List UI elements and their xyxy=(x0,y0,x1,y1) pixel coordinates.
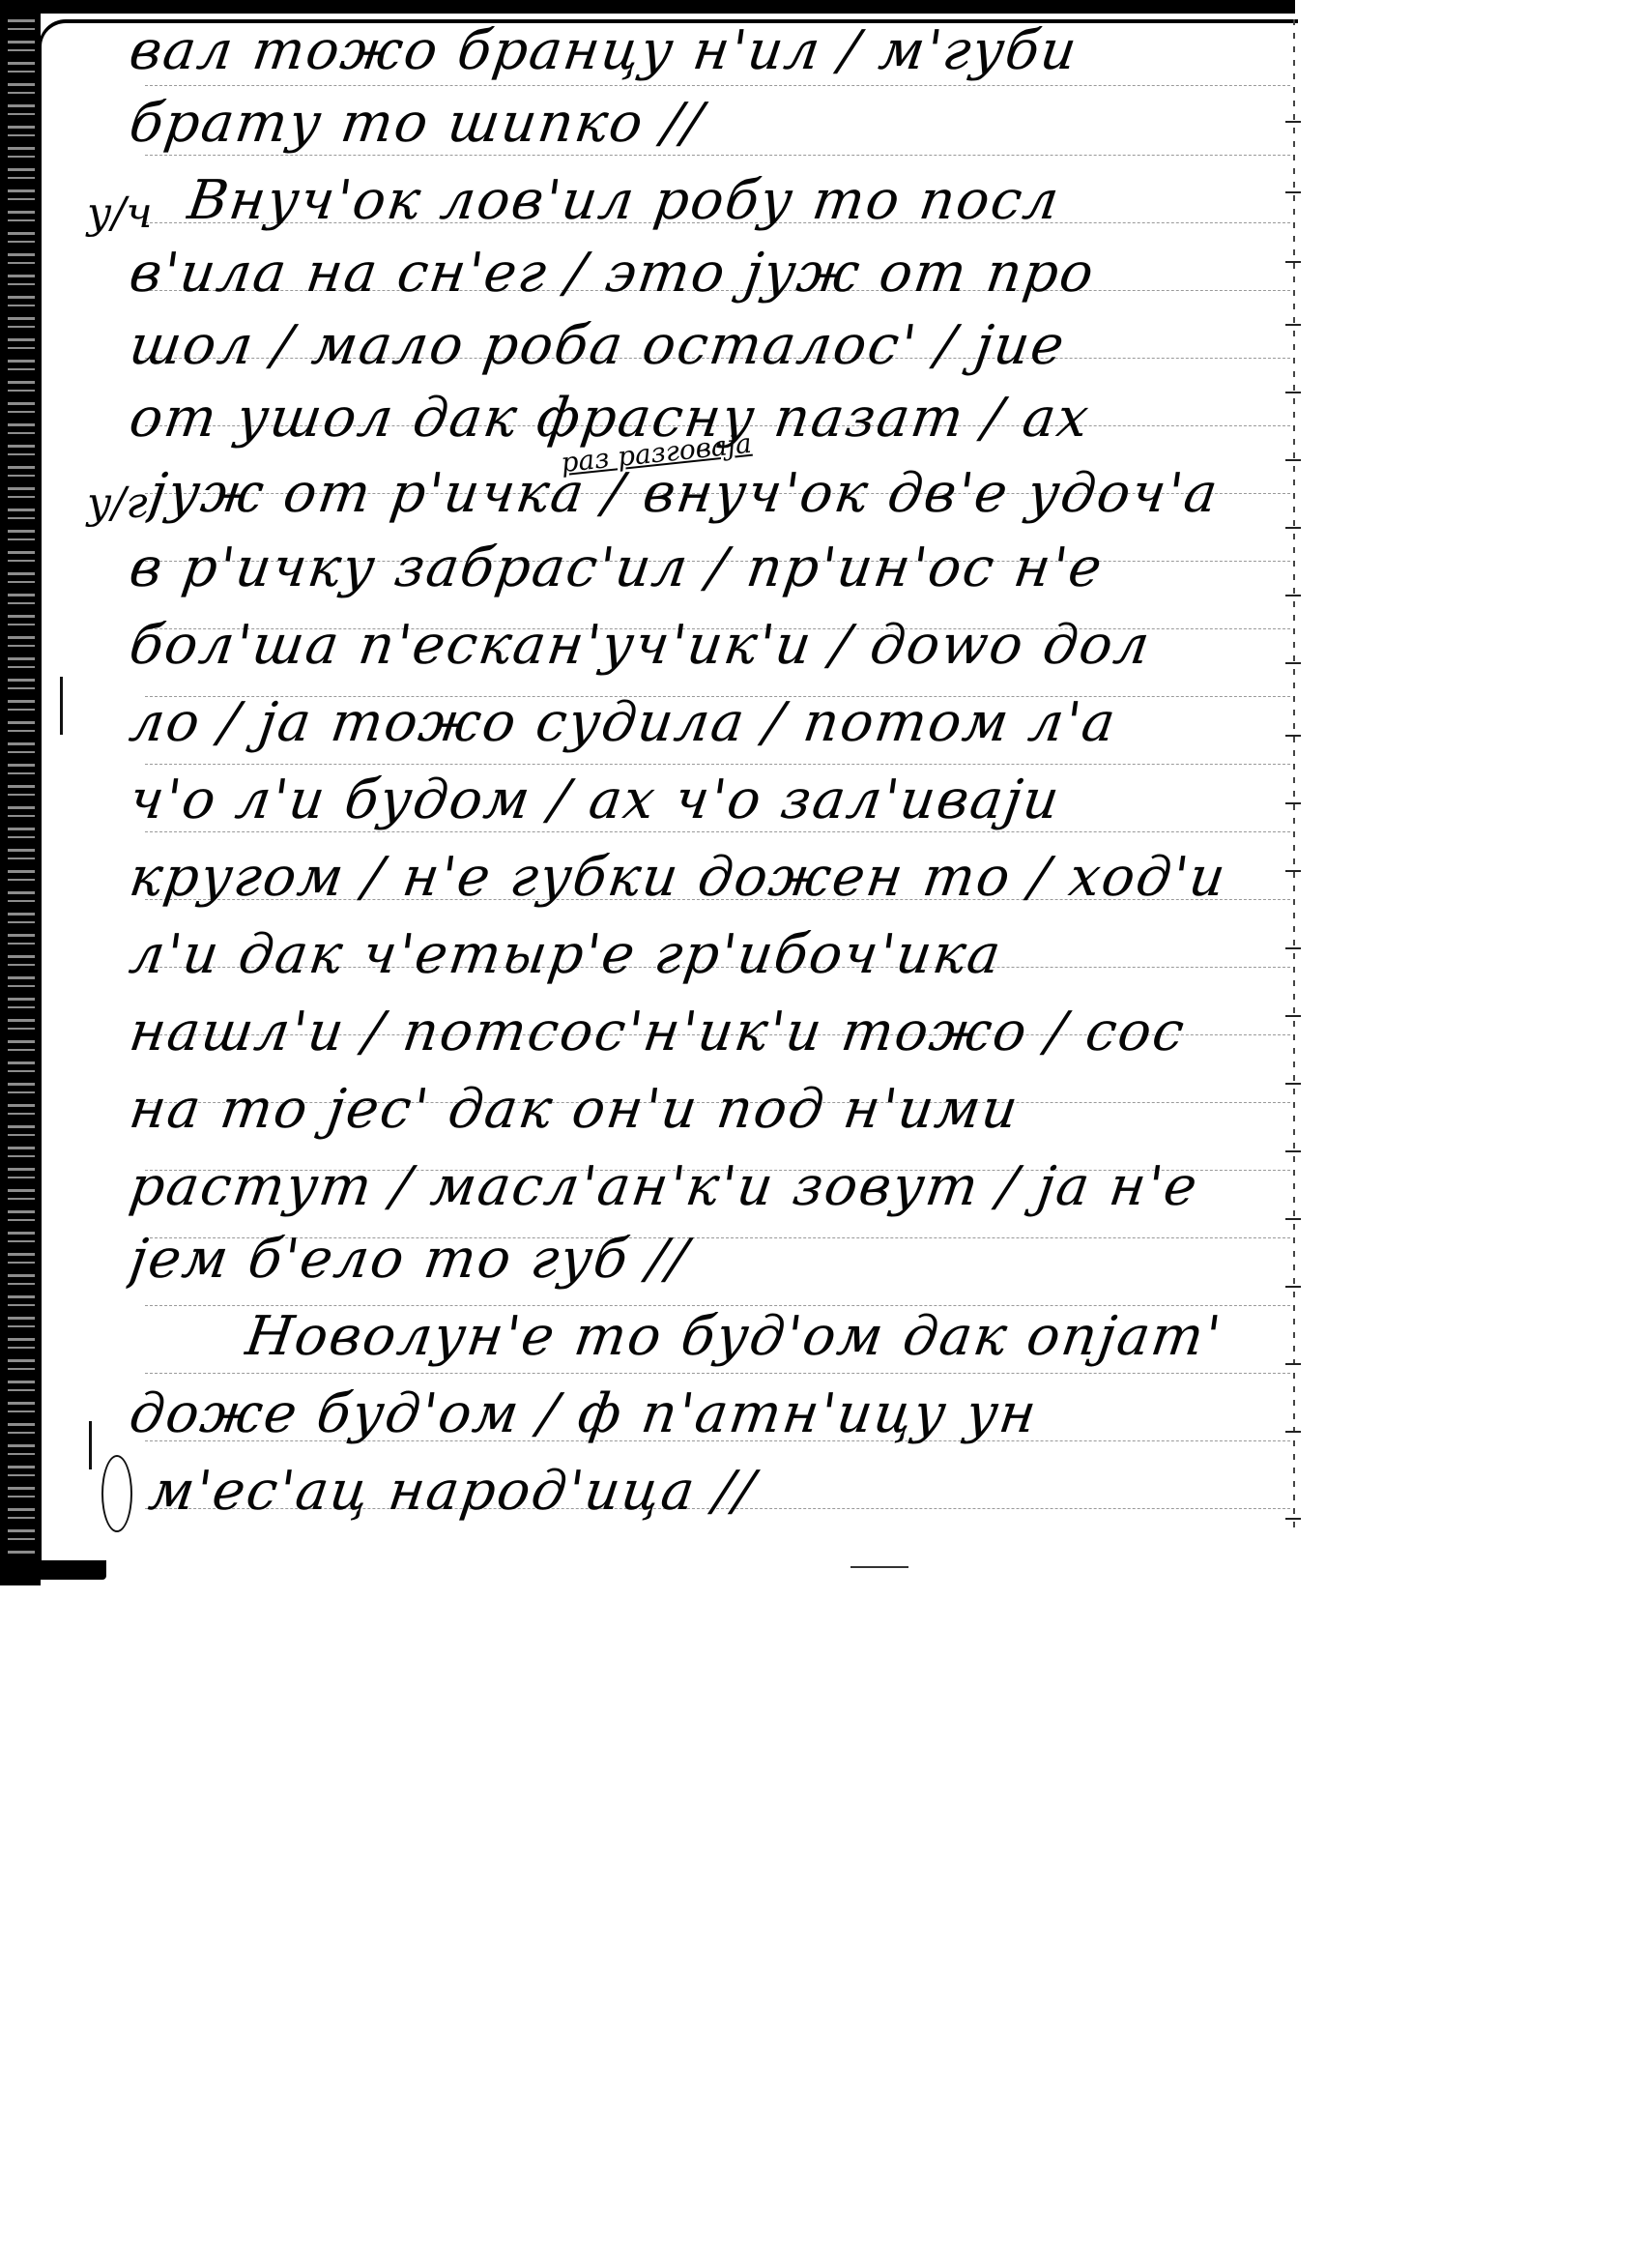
scan-border-left xyxy=(0,0,41,1585)
ruled-line xyxy=(145,831,1290,832)
handwritten-line: ч'о л'и будом / ах ч'о зал'иваји xyxy=(126,769,1323,831)
handwritten-line: растут / масл'ан'к'и зовут / ја н'е xyxy=(126,1155,1323,1218)
circled-letter-mark xyxy=(101,1455,132,1532)
margin-tick xyxy=(1285,459,1301,461)
handwritten-line: на то јес' дак он'и под н'ими xyxy=(126,1078,1323,1141)
handwritten-line: нашл'и / потсос'н'ик'и тожо / сос xyxy=(126,1001,1323,1063)
handwritten-line: м'ес'ац народ'ица // xyxy=(145,1460,1342,1523)
handwritten-line: кругом / н'е губки дожен то / ход'и xyxy=(126,846,1323,909)
stray-mark xyxy=(89,1421,92,1469)
ruled-line xyxy=(145,764,1290,765)
handwritten-line: бол'ша п'ескан'уч'ик'и / доwо дол xyxy=(126,614,1323,677)
handwritten-line: ло / ја тожо судила / потом л'а xyxy=(126,691,1323,754)
page-corner-shadow xyxy=(0,1558,106,1580)
ruled-line xyxy=(145,85,1290,86)
notebook-binding-edge xyxy=(8,19,35,1566)
margin-tick xyxy=(1285,1150,1301,1152)
handwritten-line: л'и дак ч'етыр'е гр'ибоч'ика xyxy=(126,923,1323,986)
handwritten-line: шол / мало роба осталос' / јие xyxy=(126,314,1323,377)
scan-border-top xyxy=(0,0,1295,14)
handwritten-line: јем б'ело то губ // xyxy=(126,1228,1323,1291)
handwritten-line: Новолун'е то буд'ом дак опјат' xyxy=(242,1305,1439,1368)
handwritten-line: доже буд'ом / ф п'атн'ицу ун xyxy=(126,1382,1323,1445)
handwritten-line: в'ила на сн'ег / это јуж от про xyxy=(126,242,1323,305)
handwritten-line: от ушол дак фрасну пазат / ах xyxy=(126,387,1323,450)
handwritten-line: брату то шипко // xyxy=(126,92,1323,155)
stray-mark xyxy=(60,677,63,735)
handwritten-line: вал тожо бранцу н'ил / м'губи xyxy=(126,19,1323,82)
margin-note: у/ч xyxy=(87,189,153,238)
dash-fragment xyxy=(850,1566,908,1568)
margin-tick xyxy=(1285,1218,1301,1220)
ruled-line xyxy=(145,155,1290,156)
margin-tick xyxy=(1285,527,1301,529)
handwritten-line: в р'ичку забрас'ил / пр'ин'ос н'е xyxy=(126,537,1323,599)
margin-note: у/г xyxy=(87,479,148,528)
ruled-line xyxy=(145,1373,1290,1374)
handwritten-line: јуж от р'ичка / внуч'ок дв'е удоч'а xyxy=(145,462,1342,525)
handwritten-line: Внуч'ок лов'ил робу то посл xyxy=(184,169,1381,232)
